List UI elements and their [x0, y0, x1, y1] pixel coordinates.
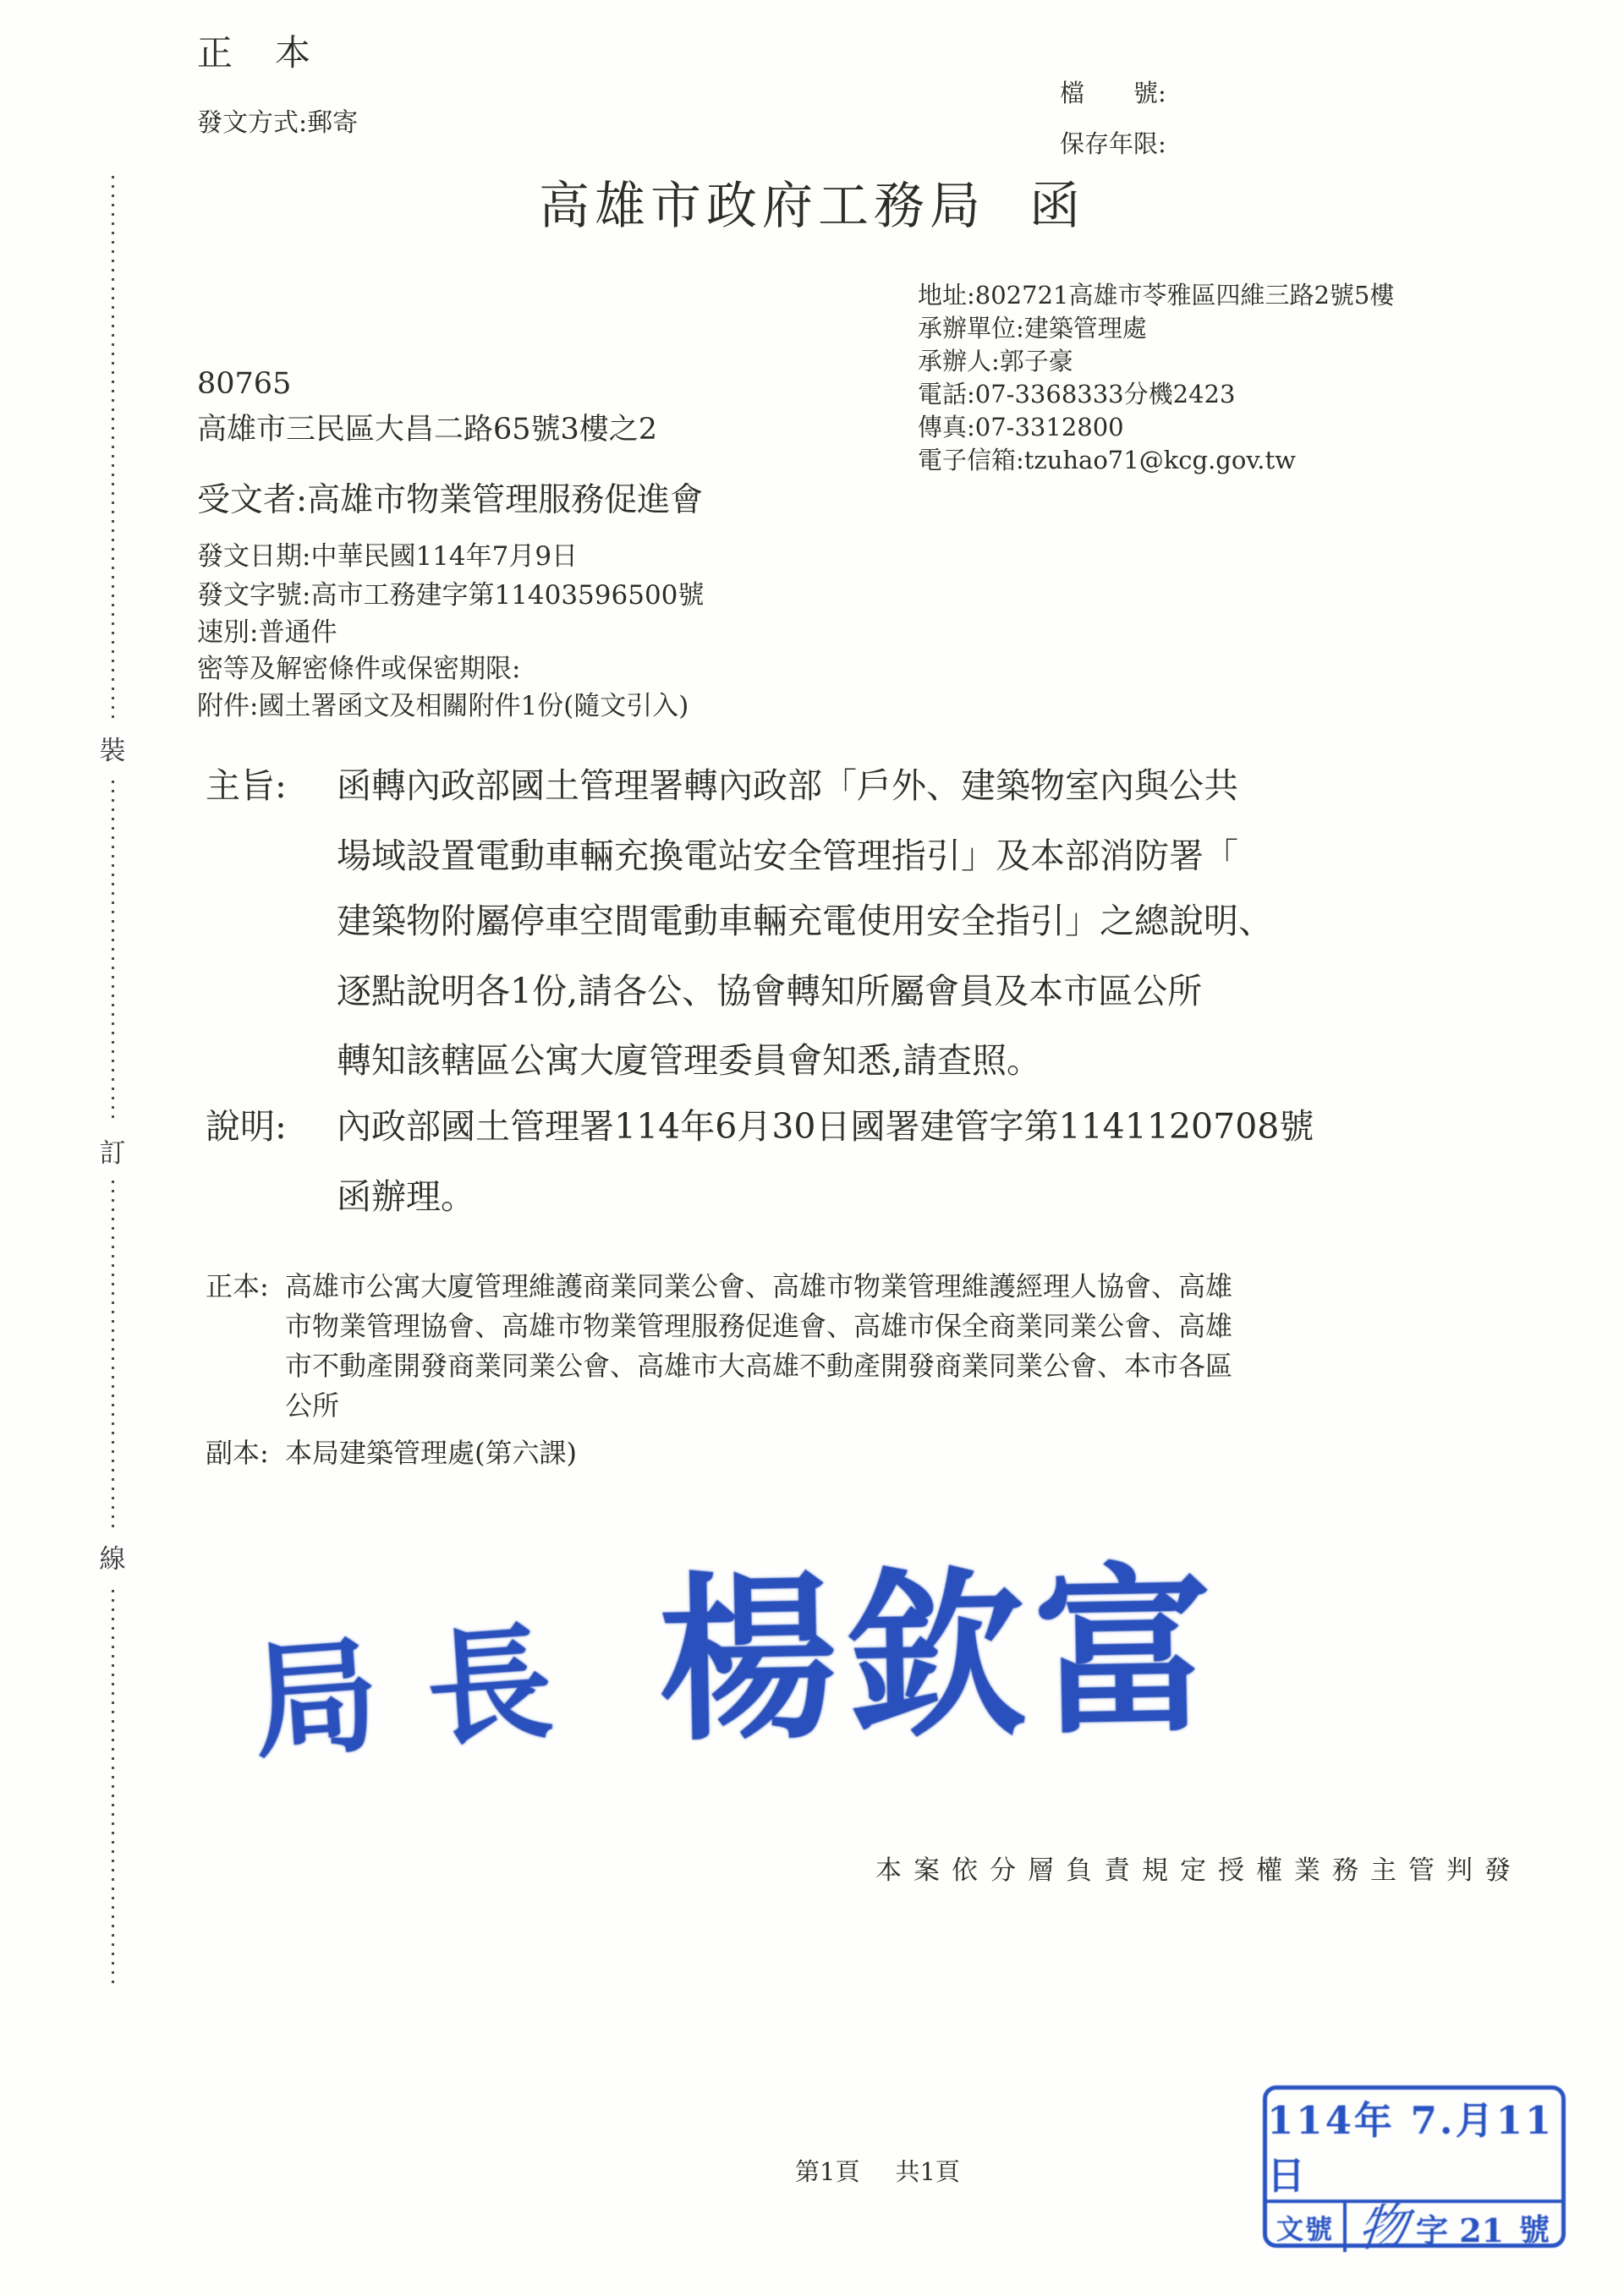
received-date-stamp: 114年 7.月11日 文號 物 字 21 號	[1263, 2085, 1566, 2248]
field-attachment: 附件:國土署函文及相關附件1份(隨文引入)	[197, 684, 689, 722]
stamp-doc-no-label: 文號	[1267, 2203, 1347, 2252]
sender-unit: 承辦單位:建築管理處	[918, 312, 1394, 345]
original-copies-label: 正本:	[206, 1265, 269, 1304]
binding-label-ding: 訂	[95, 1123, 130, 1178]
sender-contact-block: 地址:802721高雄市苓雅區四維三路2號5樓 承辦單位:建築管理處 承辦人:郭…	[918, 279, 1394, 477]
subject-line: 建築物附屬停車空間電動車輛充電使用安全指引」之總說明、	[337, 893, 1273, 943]
scanned-official-letter: 裝 訂 線 正 本 發文方式:郵寄 檔 號: 保存年限: 高雄市政府工務局函 地…	[0, 0, 1624, 2296]
cc-line: 本局建築管理處(第六課)	[285, 1432, 577, 1471]
stamp-date: 114年 7.月11日	[1267, 2090, 1561, 2203]
sender-contact-person: 承辦人:郭子豪	[918, 345, 1394, 378]
sender-fax: 傳真:07-3312800	[918, 411, 1394, 444]
page-footer: 第1頁共1頁	[795, 2153, 960, 2188]
sender-phone: 電話:07-3368333分機2423	[918, 378, 1394, 411]
subject-line: 轉知該轄區公寓大廈管理委員會知悉,請查照。	[337, 1033, 1041, 1082]
explanation-line: 內政部國土管理署114年6月30日國署建管字第1141120708號	[337, 1099, 1314, 1148]
delivery-method: 發文方式:郵寄	[197, 101, 358, 139]
authorization-note: 本案依分層負責規定授權業務主管判發	[875, 1849, 1522, 1887]
original-copies-line: 市不動產開發商業同業公會、高雄市大高雄不動產開發商業同業公會、本市各區	[285, 1345, 1232, 1384]
subject-line: 逐點說明各1份,請各公、協會轉知所屬會員及本市區公所	[337, 963, 1202, 1013]
recipient-zip: 80765	[197, 367, 291, 401]
recipient-address: 高雄市三民區大昌二路65號3樓之2	[197, 406, 657, 448]
retention-period-label: 保存年限:	[1060, 125, 1166, 160]
stamp-doc-no-handwritten: 物	[1356, 2201, 1411, 2254]
explanation-line: 函辦理。	[337, 1169, 475, 1219]
cc-label: 副本:	[206, 1432, 269, 1471]
stamp-doc-no-mid: 字 21	[1416, 2205, 1504, 2251]
sender-address: 地址:802721高雄市苓雅區四維三路2號5樓	[918, 279, 1394, 312]
page-total: 共1頁	[895, 2157, 959, 2186]
subject-line: 函轉內政部國土管理署轉內政部「戶外、建築物室內與公共	[337, 758, 1238, 808]
signature-name-stamp: 楊欽富	[656, 1507, 1223, 1775]
page-number: 第1頁	[795, 2157, 859, 2186]
copy-type-label: 正 本	[197, 25, 314, 76]
binding-label-xian: 線	[95, 1529, 130, 1584]
doc-type: 函	[1029, 177, 1085, 236]
field-issue-date: 發文日期:中華民國114年7月9日	[197, 534, 578, 573]
original-copies-line: 高雄市公寓大廈管理維護商業同業公會、高雄市物業管理維護經理人協會、高雄	[285, 1265, 1232, 1304]
subject-line: 場域設置電動車輛充換電站安全管理指引」及本部消防署「	[337, 828, 1238, 878]
field-doc-number: 發文字號:高市工務建字第11403596500號	[197, 573, 704, 611]
file-number-label: 檔 號:	[1060, 74, 1166, 109]
document-title: 高雄市政府工務局函	[0, 166, 1624, 238]
subject-label: 主旨:	[206, 758, 287, 808]
field-security-class: 密等及解密條件或保密期限:	[197, 647, 520, 685]
field-speed-class: 速別:普通件	[197, 611, 337, 649]
agency-name: 高雄市政府工務局	[539, 177, 985, 236]
binding-dotted-line	[112, 176, 114, 1990]
stamp-bottom-row: 文號 物 字 21 號	[1267, 2203, 1561, 2252]
stamp-doc-no-suffix: 號	[1519, 2206, 1550, 2249]
original-copies-line: 公所	[285, 1384, 339, 1423]
signature-title-stamp: 局長	[246, 1580, 606, 1783]
original-copies-line: 市物業管理協會、高雄市物業管理服務促進會、高雄市保全商業同業公會、高雄	[285, 1305, 1232, 1344]
stamp-doc-no-cell: 物 字 21 號	[1347, 2203, 1561, 2252]
explanation-label: 說明:	[206, 1099, 287, 1148]
field-recipient: 受文者:高雄市物業管理服務促進會	[197, 474, 703, 521]
sender-email: 電子信箱:tzuhao71@kcg.gov.tw	[918, 444, 1394, 477]
binding-label-zhuang: 裝	[95, 721, 130, 775]
